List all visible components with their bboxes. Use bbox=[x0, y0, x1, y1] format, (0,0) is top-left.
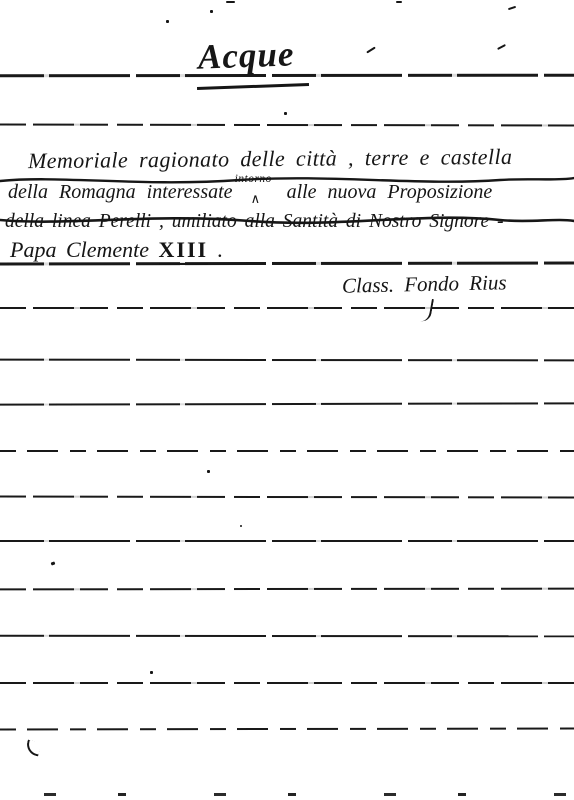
ink-speck bbox=[150, 671, 153, 674]
memo-line-2: della Romagna interessateintorno∧alle nu… bbox=[8, 181, 492, 204]
ruled-line bbox=[0, 727, 574, 730]
ruled-line bbox=[0, 123, 574, 126]
ink-speck bbox=[51, 561, 56, 565]
ink-speck bbox=[240, 525, 242, 527]
wavy-ruled-lines bbox=[0, 0, 574, 800]
ruled-line bbox=[0, 540, 574, 542]
memo-insertion: intorno∧ bbox=[233, 188, 287, 198]
ink-speck bbox=[210, 10, 213, 13]
accent-stroke bbox=[497, 44, 506, 50]
caret-mark: ∧ bbox=[251, 191, 261, 207]
ink-speck bbox=[508, 6, 516, 10]
title-underline bbox=[197, 83, 309, 89]
memo-line-3: della linea Perelli , umiliato alla Sant… bbox=[5, 211, 504, 233]
accent-stroke bbox=[366, 47, 376, 54]
papal-numeral: XIII bbox=[159, 237, 209, 265]
descender-stroke bbox=[418, 297, 434, 323]
memo-line-2-end: alle nuova Proposizione bbox=[287, 181, 493, 203]
ruled-line bbox=[0, 588, 574, 591]
memo-inserted-word: intorno bbox=[235, 173, 272, 185]
memo-line-4-prefix: Papa Clemente bbox=[10, 237, 149, 262]
memo-line-2-start: della Romagna interessate bbox=[8, 181, 233, 203]
ruled-line bbox=[0, 307, 574, 309]
memo-line-4-period: . bbox=[218, 237, 224, 262]
ruled-line bbox=[0, 495, 574, 498]
ruled-line bbox=[0, 450, 574, 452]
ruled-line bbox=[0, 402, 574, 405]
ruled-line bbox=[0, 682, 574, 684]
manuscript-page: Acque Memoriale ragionato delle città , … bbox=[0, 0, 574, 800]
ink-speck bbox=[207, 470, 210, 473]
ink-speck bbox=[166, 20, 169, 23]
classification-note: Class. Fondo Rius bbox=[342, 270, 507, 298]
ink-speck bbox=[284, 112, 287, 115]
page-title: Acque bbox=[197, 34, 295, 77]
ruled-line bbox=[0, 635, 574, 638]
memo-line-1: Memoriale ragionato delle città , terre … bbox=[28, 144, 513, 174]
ink-speck bbox=[226, 1, 235, 3]
ruled-line-faint bbox=[0, 793, 574, 796]
ink-speck bbox=[396, 1, 402, 3]
ink-stroke bbox=[25, 740, 42, 757]
memo-line-4: Papa Clemente XIII . bbox=[10, 237, 223, 263]
ruled-line bbox=[0, 359, 574, 362]
